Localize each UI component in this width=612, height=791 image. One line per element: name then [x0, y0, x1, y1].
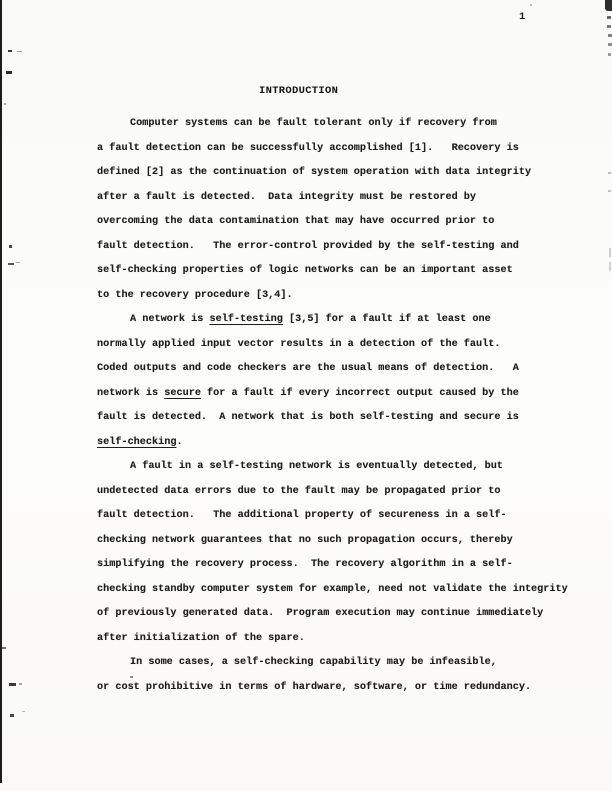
text-segment: [3,5] for a fault if at least one — [283, 314, 491, 325]
text-line: Computer systems can be fault tolerant o… — [97, 112, 568, 137]
page-number: 1 — [519, 11, 525, 23]
scan-speck — [530, 4, 532, 6]
text-line: fault detection. The error-control provi… — [97, 235, 568, 260]
text-segment: for a fault if every incorrect output ca… — [201, 388, 519, 399]
text-segment: A network is — [130, 314, 209, 325]
text-segment: simplifying the recovery process. The re… — [97, 559, 513, 570]
text-line: checking standby computer system for exa… — [97, 578, 568, 603]
scan-tick — [607, 25, 611, 28]
text-line: simplifying the recovery process. The re… — [97, 553, 568, 578]
scan-speck — [2, 647, 6, 649]
scan-tick — [609, 248, 611, 257]
scan-speck — [22, 711, 25, 712]
text-segment: self-checking properties of logic networ… — [97, 265, 513, 276]
scan-speck — [19, 683, 22, 685]
text-segment: after initialization of the spare. — [97, 633, 305, 644]
text-line: checking network guarantees that no such… — [97, 529, 568, 554]
scan-speck — [17, 51, 22, 52]
document-body: Computer systems can be fault tolerant o… — [97, 112, 568, 700]
text-segment: fault detection. The additional property… — [97, 510, 507, 521]
text-segment: network is — [97, 388, 164, 399]
underlined-term: self-testing — [209, 314, 282, 325]
text-line: a fault detection can be successfully ac… — [97, 137, 568, 162]
text-segment: A fault in a self-testing network is eve… — [130, 461, 503, 472]
scan-tick — [608, 34, 612, 37]
text-segment: normally applied input vector results in… — [97, 339, 501, 350]
text-segment: fault is detected. A network that is bot… — [97, 412, 519, 423]
scanned-document-page: 1 INTRODUCTION Computer systems can be f… — [0, 0, 612, 791]
scan-tick — [607, 16, 611, 19]
scan-tick — [608, 190, 611, 192]
scan-speck — [8, 50, 12, 52]
text-line: Coded outputs and code checkers are the … — [97, 357, 568, 382]
scan-edge-strip — [0, 0, 2, 783]
scan-speck — [9, 245, 12, 248]
scan-tick — [608, 53, 611, 56]
text-segment: to the recovery procedure [3,4]. — [97, 290, 293, 301]
scan-speck — [6, 71, 12, 74]
text-segment: In some cases, a self-checking capabilit… — [130, 657, 497, 668]
scan-speck — [8, 263, 14, 265]
text-line: after initialization of the spare. — [97, 627, 568, 652]
text-segment: of previously generated data. Program ex… — [97, 608, 543, 619]
text-segment: undetected data errors due to the fault … — [97, 486, 501, 497]
text-line: of previously generated data. Program ex… — [97, 602, 568, 627]
scan-speck — [10, 714, 14, 717]
text-line: overcoming the data contamination that m… — [97, 210, 568, 235]
scan-speck — [9, 683, 16, 686]
scan-speck — [4, 103, 6, 105]
text-segment: overcoming the data contamination that m… — [97, 216, 494, 227]
text-segment: or cost prohibitive in terms of hardware… — [97, 682, 531, 693]
text-line: to the recovery procedure [3,4]. — [97, 284, 568, 309]
text-segment: Coded outputs and code checkers are the … — [97, 363, 519, 374]
text-line: undetected data errors due to the fault … — [97, 480, 568, 505]
text-line: or cost prohibitive in terms of hardware… — [97, 676, 568, 701]
text-segment: . — [176, 437, 182, 448]
text-line: fault is detected. A network that is bot… — [97, 406, 568, 431]
text-line: A fault in a self-testing network is eve… — [97, 455, 568, 480]
text-line: defined [2] as the continuation of syste… — [97, 161, 568, 186]
text-segment: Computer systems can be fault tolerant o… — [130, 118, 497, 129]
text-line: self-checking properties of logic networ… — [97, 259, 568, 284]
text-line: normally applied input vector results in… — [97, 333, 568, 358]
text-segment: checking standby computer system for exa… — [97, 584, 568, 595]
text-segment: defined [2] as the continuation of syste… — [97, 167, 531, 178]
text-line: In some cases, a self-checking capabilit… — [97, 651, 568, 676]
text-line: self-checking. — [97, 431, 568, 456]
scan-tick — [608, 172, 611, 174]
scan-tick — [609, 262, 611, 271]
page-title: INTRODUCTION — [259, 85, 338, 97]
text-segment: checking network guarantees that no such… — [97, 535, 513, 546]
text-line: network is secure for a fault if every i… — [97, 382, 568, 407]
text-line: after a fault is detected. Data integrit… — [97, 186, 568, 211]
underlined-term: self-checking — [97, 437, 176, 448]
text-segment: a fault detection can be successfully ac… — [97, 143, 519, 154]
text-segment: fault detection. The error-control provi… — [97, 241, 519, 252]
scan-corner-blot — [605, 0, 612, 11]
underlined-term: secure — [164, 388, 201, 399]
scan-speck — [16, 262, 20, 263]
scan-tick — [608, 43, 612, 46]
text-segment: after a fault is detected. Data integrit… — [97, 192, 476, 203]
text-line: A network is self-testing [3,5] for a fa… — [97, 308, 568, 333]
text-line: fault detection. The additional property… — [97, 504, 568, 529]
